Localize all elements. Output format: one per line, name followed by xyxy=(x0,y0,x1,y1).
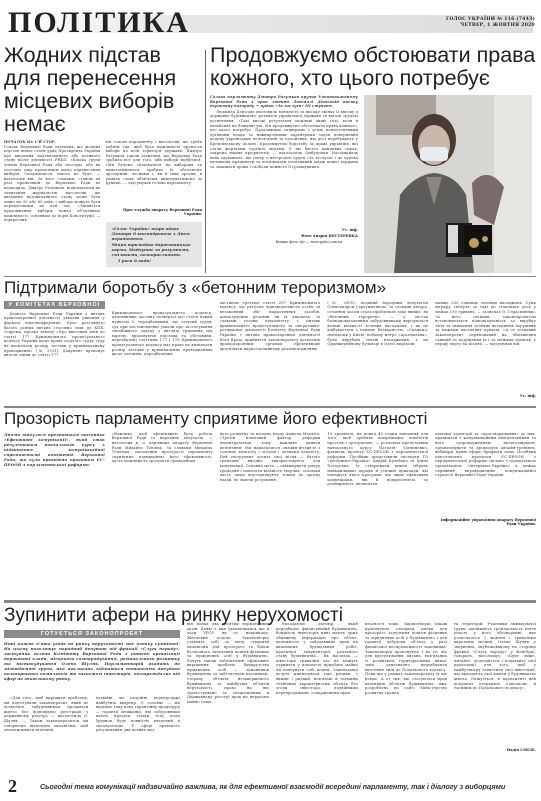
photo-illustration xyxy=(364,95,532,273)
article-concrete-terrorism: Підтримали боротьбу з «бетонним тероризм… xyxy=(4,279,536,400)
article-body-col: власності тощо. Законотворці також пропо… xyxy=(365,622,447,758)
section-divider xyxy=(4,600,536,603)
section-title: ПОЛІТИКА xyxy=(8,6,190,40)
article-body-col: «Для того, щоб вирішити проблему, ми під… xyxy=(4,696,89,758)
article-body-col: майже 200 одиниць зелених насаджень. Сум… xyxy=(435,301,536,394)
article-headline: Підтримали боротьбу з «бетонним тероризм… xyxy=(4,279,536,297)
article-body-col: Кримінального процесуального кодексу, до… xyxy=(112,311,213,399)
article-body-col2: він голова парламенту і наголосив, що тр… xyxy=(106,140,203,206)
article-body-col: Укладаючи договір, який передбачає фінан… xyxy=(276,622,358,758)
article-body-col: (№ 2901), поданий народним депутатом Оле… xyxy=(327,301,428,400)
article-body-col1: Голова Верховної Ради зазначив, що жодни… xyxy=(4,145,101,281)
section-divider xyxy=(4,276,536,277)
photo-credit: Фото Андрія НЕСТЕРЕНКА xyxy=(210,234,358,238)
article-lead: Голова парламенту Дмитро Разумков вручив… xyxy=(210,95,358,109)
photo-note: Більше фото тут — www.golos.com.ua xyxy=(210,240,358,244)
issue-info: ГОЛОС УКРАЇНИ № 116 (7443) ЧЕТВЕР, 1 ЖОВ… xyxy=(446,17,535,29)
article-body-col: «Важливо, щоб ефективною була робота Вер… xyxy=(112,432,213,532)
page-number: 2 xyxy=(8,776,17,797)
article-elections: Жодних підстав для перенесення місцевих … xyxy=(4,44,202,281)
section-divider xyxy=(4,406,536,408)
article-body-col: частиною третьою статті 297 Кримінальног… xyxy=(220,301,321,400)
article-body-col: Комітет Верховної Ради України з питань … xyxy=(4,312,105,400)
article-body-col: та територій. Учасники міжвідомчої групи… xyxy=(454,622,536,748)
column-divider xyxy=(205,50,206,273)
footer-slogan: Сьогодні тема комунікації надзвичайно ва… xyxy=(40,782,505,791)
rubric-label: ГОТУЄТЬСЯ ЗАКОНОПРОЕКТ xyxy=(4,630,180,638)
article-body-col: його розвитку та місцеву владу Анжела Ма… xyxy=(220,432,321,532)
congrats-text-1: «Голос України» щиро вітає Дмитра Олекса… xyxy=(112,226,197,241)
rubric-label: У КОМІТЕТАХ ВЕРХОВНОЇ РАДИ xyxy=(4,301,105,309)
article-headline: Жодних підстав для перенесення місцевих … xyxy=(4,44,202,136)
article-transparency: Прозорість парламенту сприятиме його ефе… xyxy=(4,410,536,532)
article-signature: Прес-служба апарату Верховної Ради Украї… xyxy=(106,208,203,216)
article-lead: Нині кожна п'ята угода на ринку нерухомо… xyxy=(4,641,180,693)
article-real-estate: Зупинити афери на ринку нерухомості ГОТУ… xyxy=(4,606,536,758)
article-body-col: він понад два десятки нормативних актів.… xyxy=(187,622,269,758)
article-body-col: подвійні чи потрійні перепродажі майбутн… xyxy=(96,696,181,758)
article-lead: Днями відбулася презентація посібника «Е… xyxy=(4,432,105,532)
article-signature: Ус. інф. xyxy=(210,228,358,232)
congrats-text-2: Міцно тримайте державницьке кермо. Майбу… xyxy=(112,242,197,257)
article-body: Людмила Денісова висловила вдячність за … xyxy=(210,110,358,228)
article-signature: Інформаційне управління апарату Верховно… xyxy=(435,518,536,526)
article-headline: Продовжуємо обстоювати права кожного, хт… xyxy=(210,44,536,90)
article-ombudsman: Продовжуємо обстоювати права кожного, хт… xyxy=(210,44,536,273)
photo-ombudsman xyxy=(364,95,532,273)
congrats-text-3: З роси й води! xyxy=(112,258,197,263)
congrats-box: «Голос України» щиро вітає Дмитра Олекса… xyxy=(106,222,203,267)
issue-date: ЧЕТВЕР, 1 ЖОВТНЯ 2020 xyxy=(446,23,535,29)
article-headline: Прозорість парламенту сприятиме його ефе… xyxy=(4,410,536,428)
article-body-col: цільової аудиторії та «проговорювання» д… xyxy=(435,432,536,518)
article-signature: Надія СМІЛЕ. xyxy=(454,748,536,752)
article-signature: Ус. інф. xyxy=(435,394,536,398)
article-body-col: 10 тренінгів, на понад 40 годин навчання… xyxy=(327,432,428,532)
